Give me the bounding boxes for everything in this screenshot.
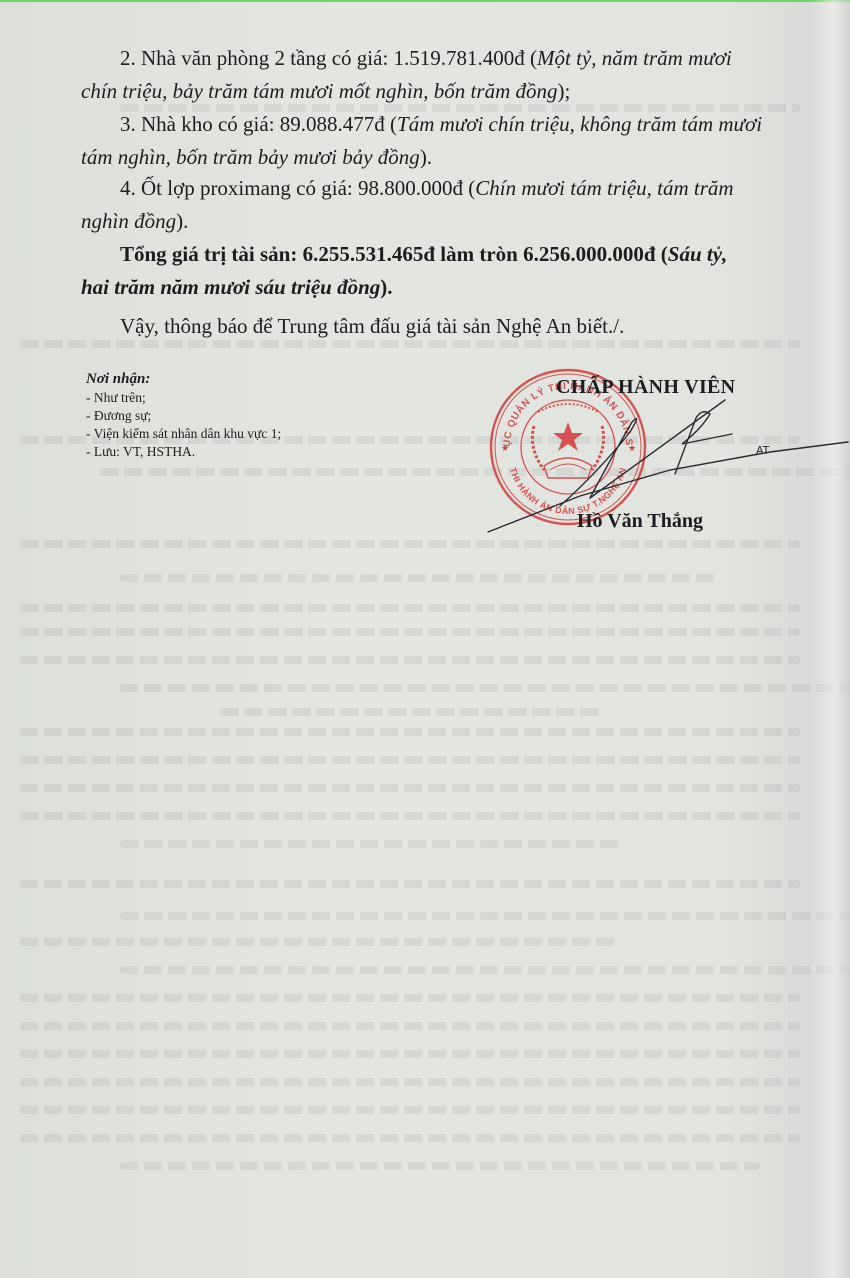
recipients-block: Nơi nhận: - Như trên; - Đương sự; - Viện…	[86, 370, 281, 461]
item-3-line-2: tám nghìn, bốn trăm bảy mươi bảy đồng).	[81, 147, 432, 168]
closing-statement: Vậy, thông báo để Trung tâm đấu giá tài …	[120, 316, 624, 337]
signatory-name: Hồ Văn Thắng	[577, 510, 703, 533]
recipient-item: - Như trên;	[86, 389, 281, 407]
recipient-item: - Đương sự;	[86, 407, 281, 425]
item-2-line-2: chín triệu, bảy trăm tám mươi mốt nghìn,…	[81, 81, 570, 102]
recipients-heading: Nơi nhận:	[86, 370, 281, 388]
page-curl-shadow	[810, 0, 850, 1278]
total-line-2: hai trăm năm mươi sáu triệu đồng).	[81, 277, 393, 298]
total-line-1: Tổng giá trị tài sản: 6.255.531.465đ làm…	[120, 244, 727, 265]
svg-text:AT: AT	[756, 444, 770, 457]
item-4-line-1: 4. Ốt lợp proximang có giá: 98.800.000đ …	[120, 178, 734, 199]
item-4-line-2: nghìn đồng).	[81, 211, 188, 232]
item-2-line-1: 2. Nhà văn phòng 2 tầng có giá: 1.519.78…	[120, 48, 732, 69]
recipient-item: - Lưu: VT, HSTHA.	[86, 443, 281, 461]
page-top-edge	[0, 0, 850, 2]
recipient-item: - Viện kiểm sát nhân dân khu vực 1;	[86, 425, 281, 443]
item-3-line-1: 3. Nhà kho có giá: 89.088.477đ (Tám mươi…	[120, 114, 762, 135]
